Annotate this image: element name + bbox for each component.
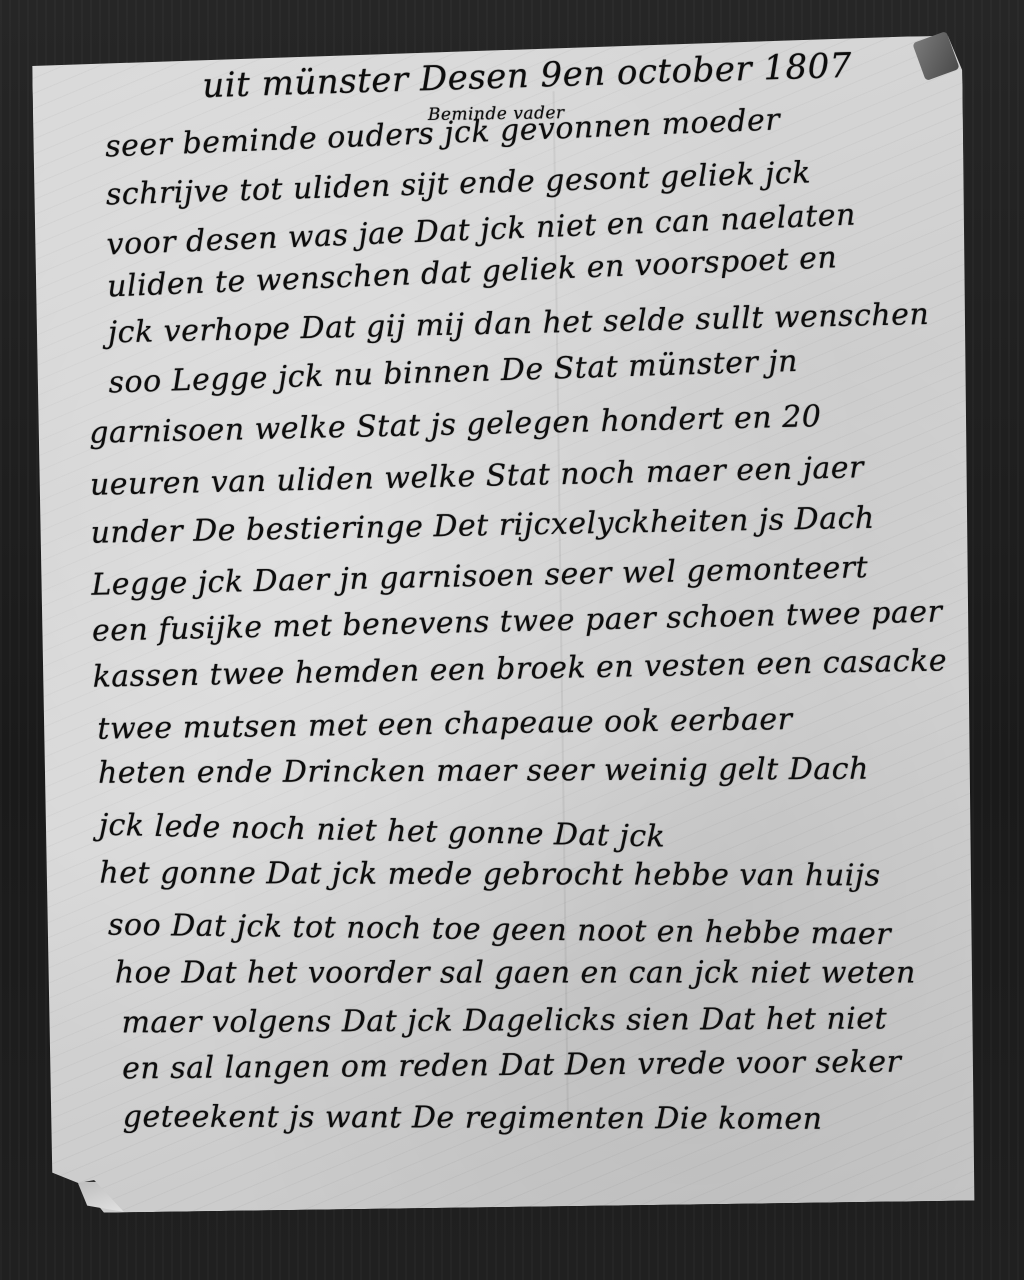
- letter-line-14: heten ende Drincken maer seer weinig gel…: [98, 752, 869, 791]
- letter-line-5: jck verhope Dat gij mij dan het selde su…: [107, 297, 929, 351]
- letter-line-10: Legge jck Daer jn garnisoen seer wel gem…: [91, 550, 869, 603]
- letter-line-17: soo Dat jck tot noch toe geen noot en he…: [108, 908, 891, 953]
- letter-line-16: het gonne Dat jck mede gebrocht hebbe va…: [99, 856, 880, 894]
- letter-line-19: maer volgens Dat jck Dagelicks sien Dat …: [121, 1001, 887, 1040]
- letter-line-12: kassen twee hemden een broek en vesten e…: [92, 643, 947, 694]
- letter-line-6: soo Legge jck nu binnen De Stat münster …: [108, 344, 798, 401]
- letter-line-11: een fusijke met benevens twee paer schoe…: [92, 594, 943, 648]
- letter-line-9: under De bestieringe Det rijcxelyckheite…: [90, 501, 875, 551]
- handwritten-text: uit münster Desen 9en october 1807 Bemin…: [32, 36, 978, 1214]
- letter-line-20: en sal langen om reden Dat Den vrede voo…: [122, 1045, 901, 1087]
- letter-line-15: jck lede noch niet het gonne Dat jck: [98, 808, 665, 855]
- letter-line-13: twee mutsen met een chapeaue ook eerbaer: [97, 702, 793, 747]
- letter-line-21: geteekent js want De regimenten Die kome…: [123, 1099, 823, 1136]
- letter-line-18: hoe Dat het voorder sal gaen en can jck …: [115, 955, 916, 990]
- letter-page: uit münster Desen 9en october 1807 Bemin…: [32, 36, 978, 1214]
- letter-line-8: ueuren van uliden welke Stat noch maer e…: [90, 450, 865, 503]
- letter-line-7: garnisoen welke Stat js gelegen hondert …: [89, 399, 822, 451]
